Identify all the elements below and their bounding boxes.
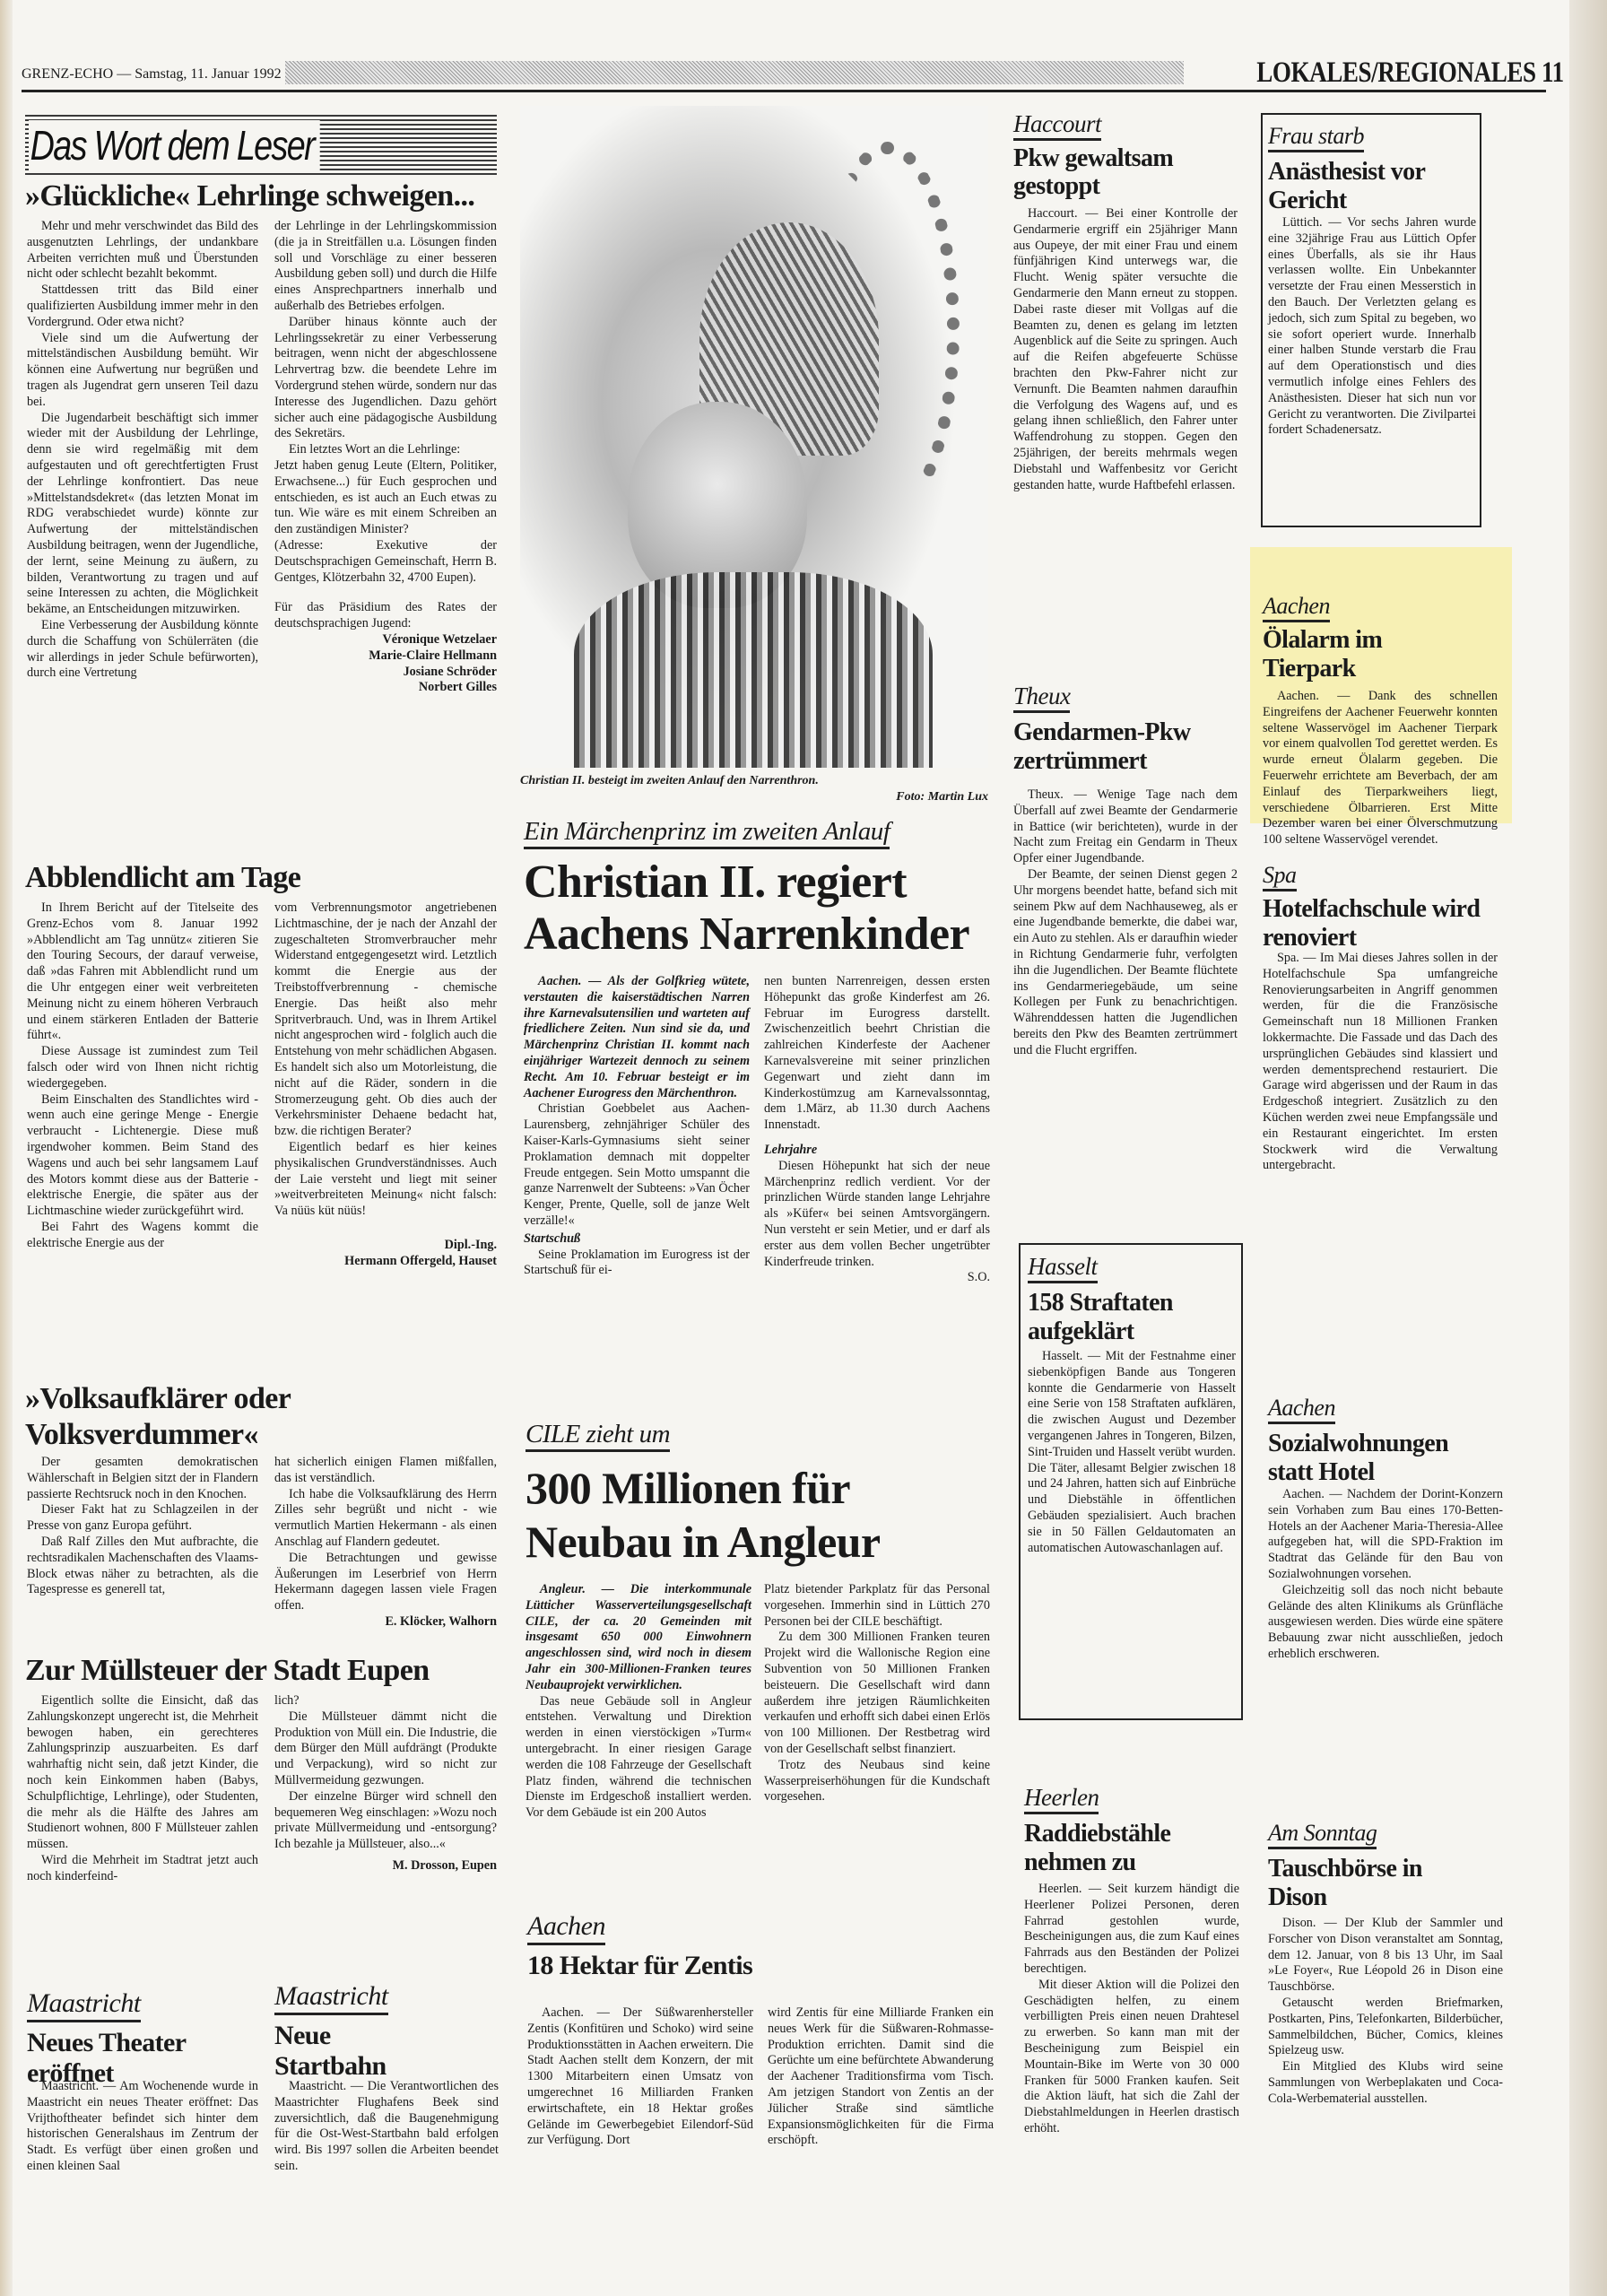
article-haccourt: Haccourt Pkw gewaltsam gestoppt bbox=[1013, 111, 1238, 200]
article-heerlen: Heerlen Raddiebstähle nehmen zu bbox=[1024, 1785, 1239, 1877]
photo-collar-shape bbox=[574, 572, 933, 768]
article-kicker: Maastricht bbox=[27, 1989, 141, 2022]
caption-text: Christian II. besteigt im zweiten Anlauf… bbox=[520, 774, 819, 787]
subheading: Lehrjahre bbox=[764, 1143, 990, 1159]
paragraph: Hasselt. — Mit der Festnahme einer siebe… bbox=[1028, 1349, 1236, 1556]
article-sozialwohnungen: Aachen Sozialwohnungen statt Hotel bbox=[1268, 1396, 1510, 1487]
paragraph: Trotz des Neubaus sind keine Wasserpreis… bbox=[764, 1758, 990, 1805]
paragraph: Getauscht werden Briefmarken, Postkarten… bbox=[1268, 1996, 1503, 2059]
article-theux: Theux Gendarmen-Pkw zertrümmert bbox=[1013, 683, 1238, 776]
article-kicker: CILE zieht um bbox=[526, 1421, 670, 1452]
signature: Josiane Schröder bbox=[274, 665, 497, 681]
photo-credit: Foto: Martin Lux bbox=[520, 789, 988, 805]
article-kicker: Aachen bbox=[527, 1912, 605, 1945]
article-kicker: Theux bbox=[1013, 683, 1070, 713]
paragraph: Die Müllsteuer dämmt nicht die Produktio… bbox=[274, 1709, 497, 1789]
paragraph: Wird die Mehrheit im Stadtrat jetzt auch… bbox=[27, 1853, 258, 1885]
author-initials: S.O. bbox=[764, 1270, 990, 1286]
paragraph: Dison. — Der Klub der Sammler und Forsch… bbox=[1268, 1916, 1503, 1996]
paragraph: Zu dem 300 Millionen Franken teuren Proj… bbox=[764, 1630, 990, 1757]
paragraph: Ein Mitglied des Klubs wird seine Sammlu… bbox=[1268, 2059, 1503, 2107]
paragraph: Spa. — Im Mai dieses Jahres sollen in de… bbox=[1263, 951, 1498, 1174]
article-headline: Raddiebstähle nehmen zu bbox=[1024, 1820, 1239, 1877]
paragraph: Aachen. — Dank des schnellen Eingreifens… bbox=[1263, 689, 1498, 848]
paragraph: Mehr und mehr verschwindet das Bild des … bbox=[27, 219, 258, 283]
article-headline: Anästhesist vor Gericht bbox=[1268, 158, 1476, 215]
article-kicker: Aachen bbox=[1263, 594, 1330, 622]
article-lead: Angleur. — Die interkommunale Lütticher … bbox=[526, 1582, 751, 1694]
article-kicker: Maastricht bbox=[274, 1982, 388, 2015]
article-olalarm: Aachen Ölalarm im Tierpark bbox=[1263, 594, 1505, 683]
article-headline: Neue Startbahn bbox=[274, 2021, 418, 2082]
article-body: Lüttich. — Vor sechs Jahren wurde eine 3… bbox=[1268, 215, 1476, 439]
masthead-hatch-divider bbox=[285, 61, 1185, 84]
paragraph: Eigentlich sollte die Einsicht, daß das … bbox=[27, 1693, 258, 1853]
letter-4-col-2: lich? Die Müllsteuer dämmt nicht die Pro… bbox=[274, 1693, 497, 1874]
signature: Véronique Wetzelaer bbox=[274, 632, 497, 648]
article-maastricht-theater: Maastricht Neues Theater eröffnet bbox=[27, 1989, 260, 2089]
paragraph: Mit dieser Aktion will die Polizei den G… bbox=[1024, 1978, 1239, 2137]
cile-col-1: Angleur. — Die interkommunale Lütticher … bbox=[526, 1582, 751, 1822]
article-kicker: Heerlen bbox=[1024, 1785, 1099, 1814]
article-maastricht-startbahn: Maastricht Neue Startbahn bbox=[274, 1982, 499, 2082]
paragraph: Ein letztes Wort an die Lehrlinge: bbox=[274, 442, 497, 458]
paragraph: Christian Goebbelet aus Aachen-Laurensbe… bbox=[524, 1101, 750, 1229]
subheading: Startschuß bbox=[524, 1231, 750, 1248]
zentis-col-1: Aachen. — Der Süßwarenhersteller Zentis … bbox=[527, 2005, 753, 2149]
paragraph: Gleichzeitig soll das noch nicht bebaute… bbox=[1268, 1583, 1503, 1663]
paragraph: Der Beamte, der seinen Dienst gegen 2 Uh… bbox=[1013, 867, 1238, 1059]
article-body: Maastricht. — Die Verantwortlichen des M… bbox=[274, 2079, 499, 2175]
paragraph: Für das Präsidium des Rates der deutschs… bbox=[274, 600, 497, 632]
article-lead: Aachen. — Als der Golfkrieg wütete, vers… bbox=[524, 974, 750, 1101]
section-label: LOKALES/REGIONALES bbox=[1256, 57, 1535, 89]
paragraph: hat sicherlich einigen Flamen mißfallen,… bbox=[274, 1455, 497, 1487]
paragraph: Stattdessen tritt das Bild einer qualifi… bbox=[27, 283, 258, 330]
article-headline: Hotelfachschule wird renoviert bbox=[1263, 895, 1505, 952]
paragraph: Beim Einschalten des Standlichtes wird -… bbox=[27, 1092, 258, 1220]
article-headline: Christian II. regiert Aachens Narrenkind… bbox=[524, 857, 990, 961]
paragraph: (Adresse: Exekutive der Deutschsprachige… bbox=[274, 538, 497, 586]
signature: E. Klöcker, Walhorn bbox=[274, 1614, 497, 1631]
letter-1-col-2: der Lehrlinge in der Lehrlingskommission… bbox=[274, 219, 497, 696]
paragraph: Der einzelne Bürger wird schnell den beq… bbox=[274, 1789, 497, 1853]
paragraph: Aachen. — Nachdem der Dorint-Konzern sei… bbox=[1268, 1487, 1503, 1583]
article-dison: Am Sonntag Tauschbörse in Dison bbox=[1268, 1821, 1510, 1912]
leser-banner: Das Wort dem Leser bbox=[25, 115, 497, 178]
article-body: Heerlen. — Seit kurzem händigt die Heerl… bbox=[1024, 1882, 1239, 2137]
photo-caption: Christian II. besteigt im zweiten Anlauf… bbox=[520, 773, 988, 805]
article-frau: Frau starb Anästhesist vor Gericht bbox=[1268, 124, 1476, 215]
article-headline: 18 Hektar für Zentis bbox=[527, 1951, 994, 1981]
paragraph: Platz bietender Parkplatz für das Person… bbox=[764, 1582, 990, 1630]
letter-title: Zur Müllsteuer der Stadt Eupen bbox=[25, 1654, 509, 1688]
article-kicker: Aachen bbox=[1268, 1396, 1335, 1424]
page-number: 11 bbox=[1542, 57, 1564, 89]
article-kicker: Haccourt bbox=[1013, 111, 1101, 141]
article-headline: Sozialwohnungen statt Hotel bbox=[1268, 1430, 1483, 1487]
article-body: Hasselt. — Mit der Festnahme einer siebe… bbox=[1028, 1349, 1236, 1556]
masthead-rule bbox=[22, 90, 1546, 92]
letter-4-col-1: Eigentlich sollte die Einsicht, daß das … bbox=[27, 1693, 258, 1885]
paragraph: Maastricht. — Die Verantwortlichen des M… bbox=[274, 2079, 499, 2175]
paragraph: der Lehrlinge in der Lehrlingskommission… bbox=[274, 219, 497, 315]
cile-col-2: Platz bietender Parkplatz für das Person… bbox=[764, 1582, 990, 1805]
paragraph: Jetzt haben genug Leute (Eltern, Politik… bbox=[274, 458, 497, 538]
signature: Norbert Gilles bbox=[274, 680, 497, 696]
paragraph: lich? bbox=[274, 1693, 497, 1709]
article-spa: Spa Hotelfachschule wird renoviert bbox=[1263, 863, 1505, 952]
article-headline: Pkw gewaltsam gestoppt bbox=[1013, 144, 1238, 200]
paragraph: Bei Fahrt des Wagens kommt die elektrisc… bbox=[27, 1220, 258, 1252]
letter-title: »Glückliche« Lehrlinge schweigen... bbox=[25, 179, 509, 213]
paragraph: Dieser Fakt hat zu Schlagzeilen in der P… bbox=[27, 1502, 258, 1535]
paragraph: Die Jugendarbeit beschäftigt sich immer … bbox=[27, 411, 258, 618]
article-cile: CILE zieht um 300 Millionen für Neubau i… bbox=[526, 1421, 992, 1569]
paragraph: Darüber hinaus könnte auch der Lehrlings… bbox=[274, 315, 497, 442]
article-hasselt: Hasselt 158 Straftaten aufgeklärt bbox=[1028, 1254, 1238, 1346]
paragraph: In Ihrem Bericht auf der Titelseite des … bbox=[27, 900, 258, 1044]
article-kicker: Ein Märchenprinz im zweiten Anlauf bbox=[524, 818, 890, 849]
leser-banner-title: Das Wort dem Leser bbox=[29, 120, 320, 170]
article-body: Aachen. — Nachdem der Dorint-Konzern sei… bbox=[1268, 1487, 1503, 1663]
article-christian: Ein Märchenprinz im zweiten Anlauf Chris… bbox=[524, 818, 990, 961]
paragraph: Daß Ralf Zilles den Mut aufbrachte, die … bbox=[27, 1535, 258, 1598]
paragraph: Die Betrachtungen und gewisse Äußerungen… bbox=[274, 1551, 497, 1614]
article-zentis: Aachen 18 Hektar für Zentis bbox=[527, 1912, 994, 1981]
article-kicker: Spa bbox=[1263, 863, 1297, 891]
photo-christian-ii bbox=[520, 106, 988, 768]
paragraph: Lüttich. — Vor sechs Jahren wurde eine 3… bbox=[1268, 215, 1476, 439]
signature: Hermann Offergeld, Hauset bbox=[274, 1254, 497, 1270]
masthead: GRENZ-ECHO — Samstag, 11. Januar 1992 LO… bbox=[22, 52, 1564, 88]
christian-col-2: nen bunten Narrenreigen, dessen ersten H… bbox=[764, 974, 990, 1286]
paragraph: vom Verbrennungsmotor angetriebenen Lich… bbox=[274, 900, 497, 1140]
article-body: Aachen. — Dank des schnellen Eingreifens… bbox=[1263, 689, 1498, 848]
signature: M. Drosson, Eupen bbox=[274, 1858, 497, 1874]
letter-3-col-1: Der gesamten demokratischen Wählerschaft… bbox=[27, 1455, 258, 1598]
paragraph: Das neue Gebäude soll in Angleur entsteh… bbox=[526, 1694, 751, 1822]
article-kicker: Am Sonntag bbox=[1268, 1821, 1377, 1849]
article-headline: 158 Straftaten aufgeklärt bbox=[1028, 1289, 1238, 1346]
letter-title: Abblendlicht am Tage bbox=[25, 861, 509, 895]
paragraph: wird Zentis für eine Milliarde Franken e… bbox=[768, 2005, 994, 2149]
signature: Marie-Claire Hellmann bbox=[274, 648, 497, 665]
letter-2-col-1: In Ihrem Bericht auf der Titelseite des … bbox=[27, 900, 258, 1252]
signature: Dipl.-Ing. bbox=[274, 1238, 497, 1254]
paragraph: nen bunten Narrenreigen, dessen ersten H… bbox=[764, 974, 990, 1134]
paper-dateline: GRENZ-ECHO — Samstag, 11. Januar 1992 bbox=[22, 66, 282, 88]
letter-3-col-2: hat sicherlich einigen Flamen mißfallen,… bbox=[274, 1455, 497, 1631]
article-headline: Ölalarm im Tierpark bbox=[1263, 626, 1415, 683]
article-headline: 300 Millionen für Neubau in Angleur bbox=[526, 1461, 992, 1569]
paragraph: Der gesamten demokratischen Wählerschaft… bbox=[27, 1455, 258, 1502]
article-body: Spa. — Im Mai dieses Jahres sollen in de… bbox=[1263, 951, 1498, 1174]
zentis-col-2: wird Zentis für eine Milliarde Franken e… bbox=[768, 2005, 994, 2149]
article-headline: Tauschbörse in Dison bbox=[1268, 1855, 1429, 1912]
article-kicker: Hasselt bbox=[1028, 1254, 1098, 1283]
article-kicker: Frau starb bbox=[1268, 124, 1364, 152]
paragraph: Seine Proklamation im Eurogress ist der … bbox=[524, 1248, 750, 1280]
paragraph: Aachen. — Der Süßwarenhersteller Zentis … bbox=[527, 2005, 753, 2149]
paragraph: Ich habe die Volksaufklärung des Herrn Z… bbox=[274, 1487, 497, 1551]
christian-col-1: Aachen. — Als der Golfkrieg wütete, vers… bbox=[524, 974, 750, 1279]
paragraph: Eigentlich bedarf es hier keines physika… bbox=[274, 1140, 497, 1220]
section-title: LOKALES/REGIONALES 11 bbox=[1256, 58, 1564, 88]
paragraph: Diesen Höhepunkt hat sich der neue Märch… bbox=[764, 1159, 990, 1271]
letter-1-col-1: Mehr und mehr verschwindet das Bild des … bbox=[27, 219, 258, 682]
paragraph: Viele sind um die Aufwertung der mittels… bbox=[27, 331, 258, 411]
paragraph: Diese Aussage ist zumindest zum Teil fal… bbox=[27, 1044, 258, 1091]
paragraph: Heerlen. — Seit kurzem händigt die Heerl… bbox=[1024, 1882, 1239, 1978]
article-body: Dison. — Der Klub der Sammler und Forsch… bbox=[1268, 1916, 1503, 2108]
article-body: Maastricht. — Am Wochenende wurde in Maa… bbox=[27, 2079, 258, 2175]
letter-2-col-2: vom Verbrennungsmotor angetriebenen Lich… bbox=[274, 900, 497, 1270]
article-body: Theux. — Wenige Tage nach dem Überfall a… bbox=[1013, 787, 1238, 1059]
article-body: Haccourt. — Bei einer Kontrolle der Gend… bbox=[1013, 206, 1238, 493]
paragraph: Eine Verbesserung der Ausbildung könnte … bbox=[27, 618, 258, 682]
letter-title: »Volksaufklärer oder Volksverdummer« bbox=[25, 1381, 366, 1453]
article-headline: Gendarmen-Pkw zertrümmert bbox=[1013, 718, 1238, 776]
paragraph: Maastricht. — Am Wochenende wurde in Maa… bbox=[27, 2079, 258, 2175]
newspaper-page: GRENZ-ECHO — Samstag, 11. Januar 1992 LO… bbox=[0, 0, 1607, 2296]
paragraph: Theux. — Wenige Tage nach dem Überfall a… bbox=[1013, 787, 1238, 867]
paragraph: Haccourt. — Bei einer Kontrolle der Gend… bbox=[1013, 206, 1238, 493]
